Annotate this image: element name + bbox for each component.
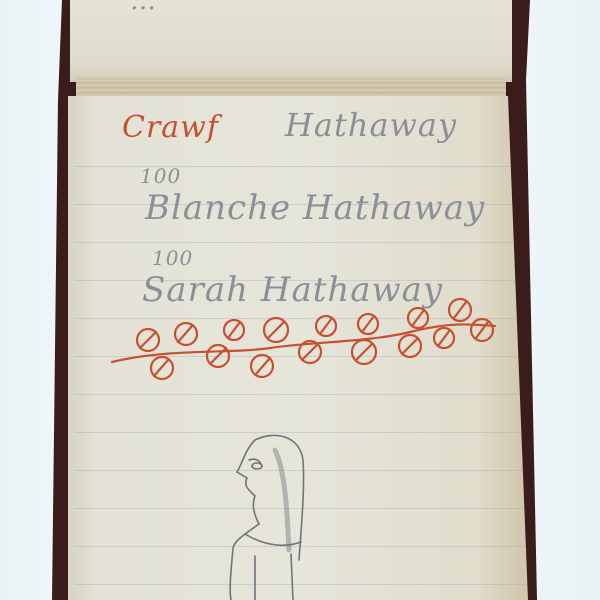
handwriting-number-2: 100 xyxy=(152,246,193,270)
upper-page: … xyxy=(70,0,512,82)
upper-page-text: … xyxy=(130,0,156,16)
handwriting-blanche: Blanche Hathaway xyxy=(145,188,485,228)
handwriting-hathaway-1: Hathaway xyxy=(285,106,457,144)
pencil-portrait-drawing xyxy=(215,430,325,600)
red-vine-drawing xyxy=(110,296,500,386)
handwriting-number-1: 100 xyxy=(140,164,181,188)
handwriting-crawf: Crawf xyxy=(122,110,219,145)
